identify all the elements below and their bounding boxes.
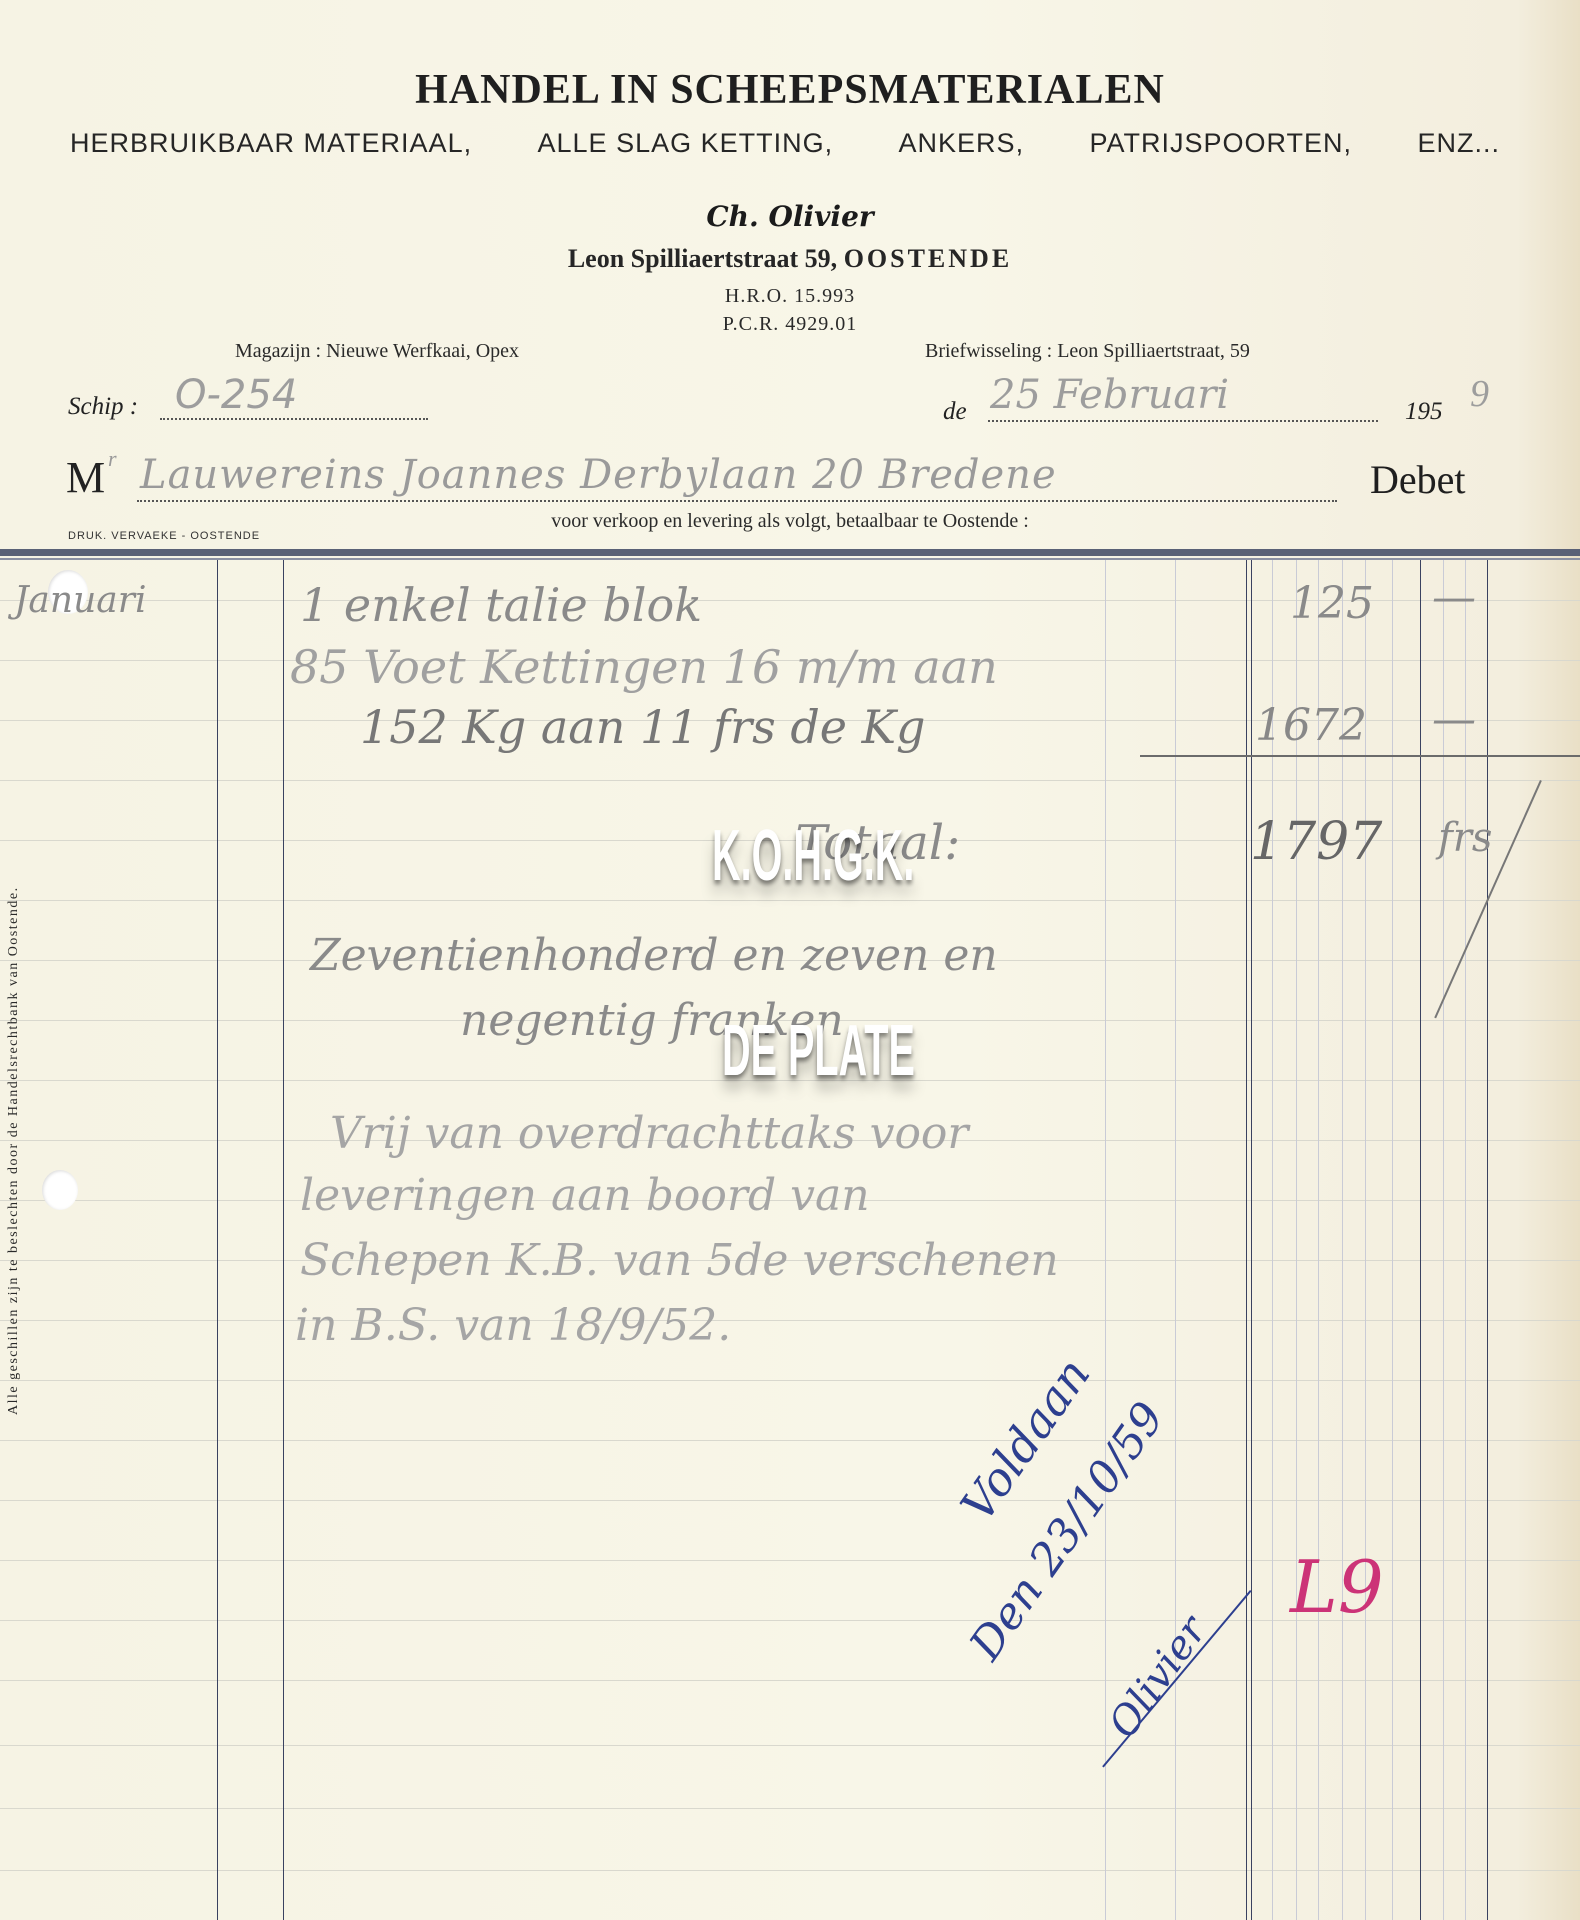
date-prefix: de [943, 398, 967, 426]
ruling-line [0, 1808, 1580, 1809]
ruling-line [0, 1500, 1580, 1501]
total-amount: 1797 [1250, 812, 1382, 872]
column-divider-description [283, 560, 284, 1920]
tax-note-line: Schepen K.B. van 5de verschenen [300, 1235, 1059, 1286]
date-value: 25 Februari [990, 372, 1229, 418]
jurisdiction-note: Alle geschillen zijn te beslechten door … [6, 886, 22, 1415]
ruling-line [0, 1745, 1580, 1746]
column-divider-right [1487, 560, 1488, 1920]
ruling-faint [1175, 560, 1176, 1920]
ruling-line [0, 900, 1580, 901]
pink-initials: L9 [1290, 1545, 1384, 1629]
ship-value: O-254 [175, 372, 297, 418]
debet-label: Debet [1370, 456, 1466, 503]
subtitle-item: ALLE SLAG KETTING, [538, 128, 834, 159]
invoice-month: Januari [14, 580, 146, 621]
ruling-faint [1272, 560, 1273, 1920]
owner-name: Ch. Olivier [0, 200, 1580, 233]
hro-number: H.R.O. 15.993 [0, 285, 1580, 308]
line-item-amount: 125 [1290, 578, 1374, 629]
warehouse-address: Magazijn : Nieuwe Werfkaai, Opex [235, 340, 519, 363]
recipient-label: M [66, 452, 105, 503]
header-rule-thin [0, 558, 1580, 560]
column-divider-amount [1246, 560, 1252, 1920]
tax-note-line: leveringen aan boord van [300, 1170, 870, 1221]
year-handwritten: 9 [1470, 372, 1489, 416]
header-rule [0, 549, 1580, 556]
subtitle-item: ANKERS, [899, 128, 1025, 159]
year-printed: 195 [1405, 398, 1443, 426]
line-item-description: 1 enkel talie blok [300, 578, 702, 632]
recipient-field-line [137, 500, 1337, 502]
ruling-faint [1392, 560, 1393, 1920]
company-title: HANDEL IN SCHEEPSMATERIALEN [0, 66, 1580, 114]
line-item-amount: 1672 [1255, 700, 1367, 751]
punch-hole [42, 1170, 78, 1210]
ruling-line [0, 1870, 1580, 1871]
total-underline [1140, 755, 1580, 757]
address-city: OOSTENDE [844, 244, 1013, 273]
ruling-line [0, 1680, 1580, 1681]
company-subtitle: HERBRUIKBAAR MATERIAAL, ALLE SLAG KETTIN… [70, 128, 1500, 159]
amount-in-words: Zeventienhonderd en zeven en [310, 930, 998, 981]
column-divider-cents [1420, 560, 1421, 1920]
ruling-line [0, 1320, 1580, 1321]
correspondence-address: Briefwisseling : Leon Spilliaertstraat, … [925, 340, 1250, 363]
subtitle-item: HERBRUIKBAAR MATERIAAL, [70, 128, 472, 159]
printer-mark: DRUK. VERVAEKE - OOSTENDE [68, 530, 260, 542]
line-item-cents: — [1432, 572, 1476, 623]
ruling-faint [1318, 560, 1319, 1920]
ruling-faint [1465, 560, 1466, 1920]
watermark-line1: K.O.H.G.K. [712, 815, 914, 897]
ruling-line [0, 780, 1580, 781]
tax-note-line: Vrij van overdrachttaks voor [330, 1108, 968, 1159]
recipient-value: Lauwereins Joannes Derbylaan 20 Bredene [140, 452, 1057, 498]
line-item-description: 85 Voet Kettingen 16 m/m aan [290, 640, 998, 694]
ruling-faint [1296, 560, 1297, 1920]
watermark-line2: DE PLATE [722, 1010, 915, 1092]
date-field-line [988, 420, 1378, 422]
ship-label: Schip : [68, 393, 138, 421]
address-street: Leon Spilliaertstraat 59, [568, 244, 837, 273]
line-item-description: 152 Kg aan 11 frs de Kg [360, 700, 925, 754]
column-divider-date [217, 560, 218, 1920]
ship-field-line [160, 418, 428, 420]
line-item-cents: — [1432, 694, 1476, 745]
recipient-sup: r [108, 446, 117, 472]
ruling-line [0, 1380, 1580, 1381]
ruling-faint [1443, 560, 1444, 1920]
total-mark: frs [1438, 815, 1492, 861]
ruling-faint [1342, 560, 1343, 1920]
tax-note-line: in B.S. van 18/9/52. [295, 1300, 731, 1351]
ruling-line [0, 1440, 1580, 1441]
ruling-faint [1365, 560, 1366, 1920]
company-address: Leon Spilliaertstraat 59, OOSTENDE [0, 244, 1580, 274]
pcr-number: P.C.R. 4929.01 [0, 313, 1580, 336]
subtitle-item: PATRIJSPOORTEN, [1090, 128, 1353, 159]
subtitle-item: ENZ... [1417, 128, 1500, 159]
